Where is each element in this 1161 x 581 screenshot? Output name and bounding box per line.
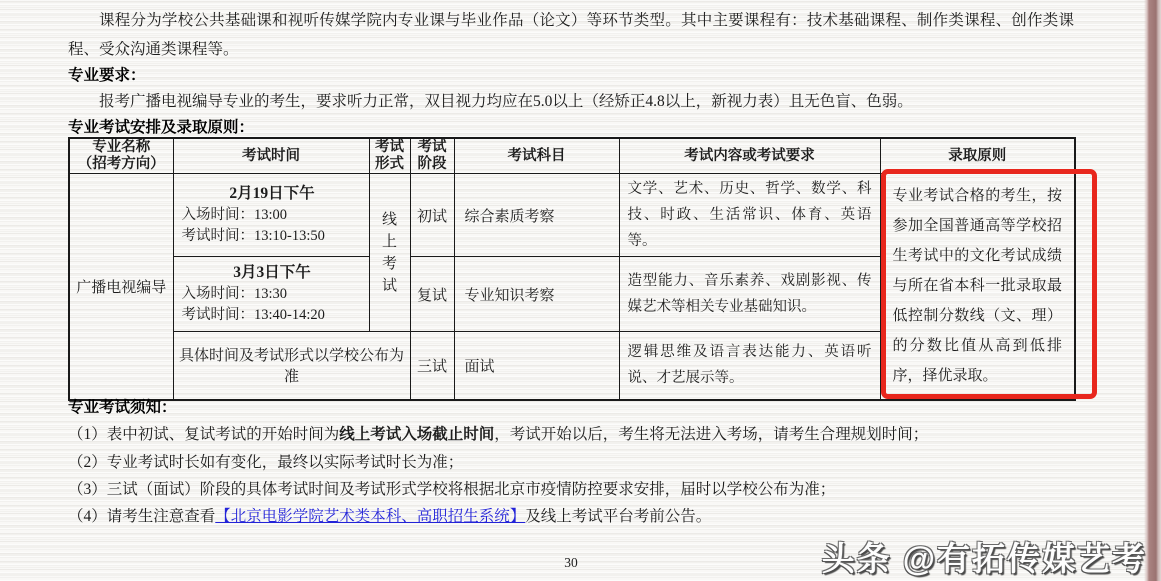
document-page: 课程分为学校公共基础课和视听传媒学院内专业课与毕业作品（论文）等环节类型。其中主…	[0, 0, 1161, 581]
subject-cell-round2: 专业知识考察	[454, 257, 619, 332]
notes-heading: 专业考试须知：	[68, 395, 177, 417]
col-header-form-line1: 考试	[370, 139, 410, 156]
col-header-subject: 考试科目	[454, 138, 619, 174]
note-item-4: （4）请考生注意查看【北京电影学院艺术类本科、高职招生系统】及线上考试平台考前公…	[68, 504, 1074, 526]
exam-date: 3月3日下午	[182, 262, 363, 284]
subject-cell-round3: 面试	[454, 332, 619, 400]
table-header-row: 专业名称 （招考方向） 考试时间 考试 形式 考试 阶段 考试科目 考试内容或考…	[69, 138, 1075, 174]
col-header-stage-line1: 考试	[411, 139, 454, 156]
content-cell-round1: 文学、艺术、历史、哲学、数学、科技、时政、生活常识、体育、英语等。	[619, 174, 880, 257]
col-header-admission: 录取原则	[880, 138, 1075, 174]
intro-paragraph: 课程分为学校公共基础课和视听传媒学院内专业课与毕业作品（论文）等环节类型。其中主…	[68, 6, 1074, 64]
exam-time-cell-round1: 2月19日下午 入场时间：13:00 考试时间：13:10-13:50	[173, 174, 369, 257]
col-header-form: 考试 形式	[369, 138, 410, 174]
col-header-content-label: 考试内容或考试要求	[684, 148, 815, 164]
note-item-1: （1）表中初试、复试考试的开始时间为线上考试入场截止时间，考试开始以后，考生将无…	[68, 422, 1074, 444]
col-header-form-line2: 形式	[370, 156, 410, 173]
requirements-text: 报考广播电视编导专业的考生，要求听力正常，双目视力均应在5.0以上（经矫正4.8…	[68, 89, 1074, 111]
col-header-content: 考试内容或考试要求	[619, 138, 880, 174]
exam-time-cell-round2: 3月3日下午 入场时间：13:30 考试时间：13:40-14:20	[173, 257, 369, 332]
note-item-3: （3）三试（面试）阶段的具体考试时间及考试形式学校将根据北京市疫情防控要求安排，…	[68, 477, 1074, 499]
note1-prefix: （1）表中初试、复试考试的开始时间为	[68, 426, 339, 443]
col-header-stage-line2: 阶段	[411, 156, 454, 173]
entry-time: 入场时间：13:30	[182, 284, 363, 305]
col-header-major-line2: （招考方向）	[70, 156, 173, 173]
admission-rule-cell: 专业考试合格的考生，按参加全国普通高等学校招生考试中的文化考试成绩与所在省本科一…	[880, 174, 1075, 400]
exam-time-note-cell: 具体时间及考试形式以学校公布为准	[173, 332, 410, 400]
content-cell-round3: 逻辑思维及语言表达能力、英语听说、才艺展示等。	[619, 332, 880, 400]
note4-prefix: （4）请考生注意查看	[68, 508, 215, 525]
note1-suffix: ，考试开始以后，考生将无法进入考场，请考生合理规划时间；	[494, 426, 928, 443]
exam-date: 2月19日下午	[182, 183, 363, 205]
col-header-major-line1: 专业名称	[70, 139, 173, 156]
watermark-text: 头条 @有拓传媒艺考	[822, 533, 1147, 580]
col-header-stage: 考试 阶段	[410, 138, 454, 174]
col-header-major: 专业名称 （招考方向）	[69, 138, 173, 174]
col-header-subject-label: 考试科目	[508, 148, 566, 164]
note-item-2: （2）专业考试时长如有变化，最终以实际考试时长为准；	[68, 450, 1074, 472]
exam-form-cell: 线上考试	[369, 174, 410, 332]
exam-time: 考试时间：13:10-13:50	[182, 226, 363, 247]
admission-system-link[interactable]: 【北京电影学院艺术类本科、高职招生系统】	[215, 508, 525, 525]
subject-cell-round1: 综合素质考察	[454, 174, 619, 257]
requirements-heading: 专业要求：	[68, 63, 146, 85]
col-header-time-label: 考试时间	[242, 148, 300, 164]
page-edge-strip	[1144, 0, 1161, 581]
entry-time: 入场时间：13:00	[182, 205, 363, 226]
stage-cell-round3: 三试	[410, 332, 454, 400]
note4-suffix: 及线上考试平台考前公告。	[525, 508, 711, 525]
exam-section-heading: 专业考试安排及录取原则：	[68, 115, 254, 137]
content-cell-round2: 造型能力、音乐素养、戏剧影视、传媒艺术等相关专业基础知识。	[619, 257, 880, 332]
exam-time: 考试时间：13:40-14:20	[182, 305, 363, 326]
col-header-time: 考试时间	[173, 138, 369, 174]
stage-cell-round1: 初试	[410, 174, 454, 257]
stage-cell-round2: 复试	[410, 257, 454, 332]
exam-schedule-table: 专业名称 （招考方向） 考试时间 考试 形式 考试 阶段 考试科目 考试内容或考…	[68, 137, 1076, 401]
table-row: 广播电视编导 2月19日下午 入场时间：13:00 考试时间：13:10-13:…	[69, 174, 1075, 257]
major-name-cell: 广播电视编导	[69, 174, 173, 400]
note1-bold-phrase: 线上考试入场截止时间	[339, 426, 494, 443]
col-header-admission-label: 录取原则	[948, 148, 1006, 164]
